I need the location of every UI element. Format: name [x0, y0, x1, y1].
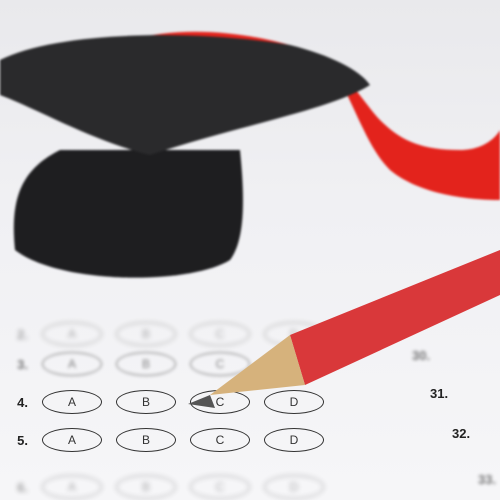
photo: 2. A B C D 3. A B C D 4. A B C D 5. A B … — [0, 0, 500, 500]
pencil-icon — [0, 0, 500, 500]
